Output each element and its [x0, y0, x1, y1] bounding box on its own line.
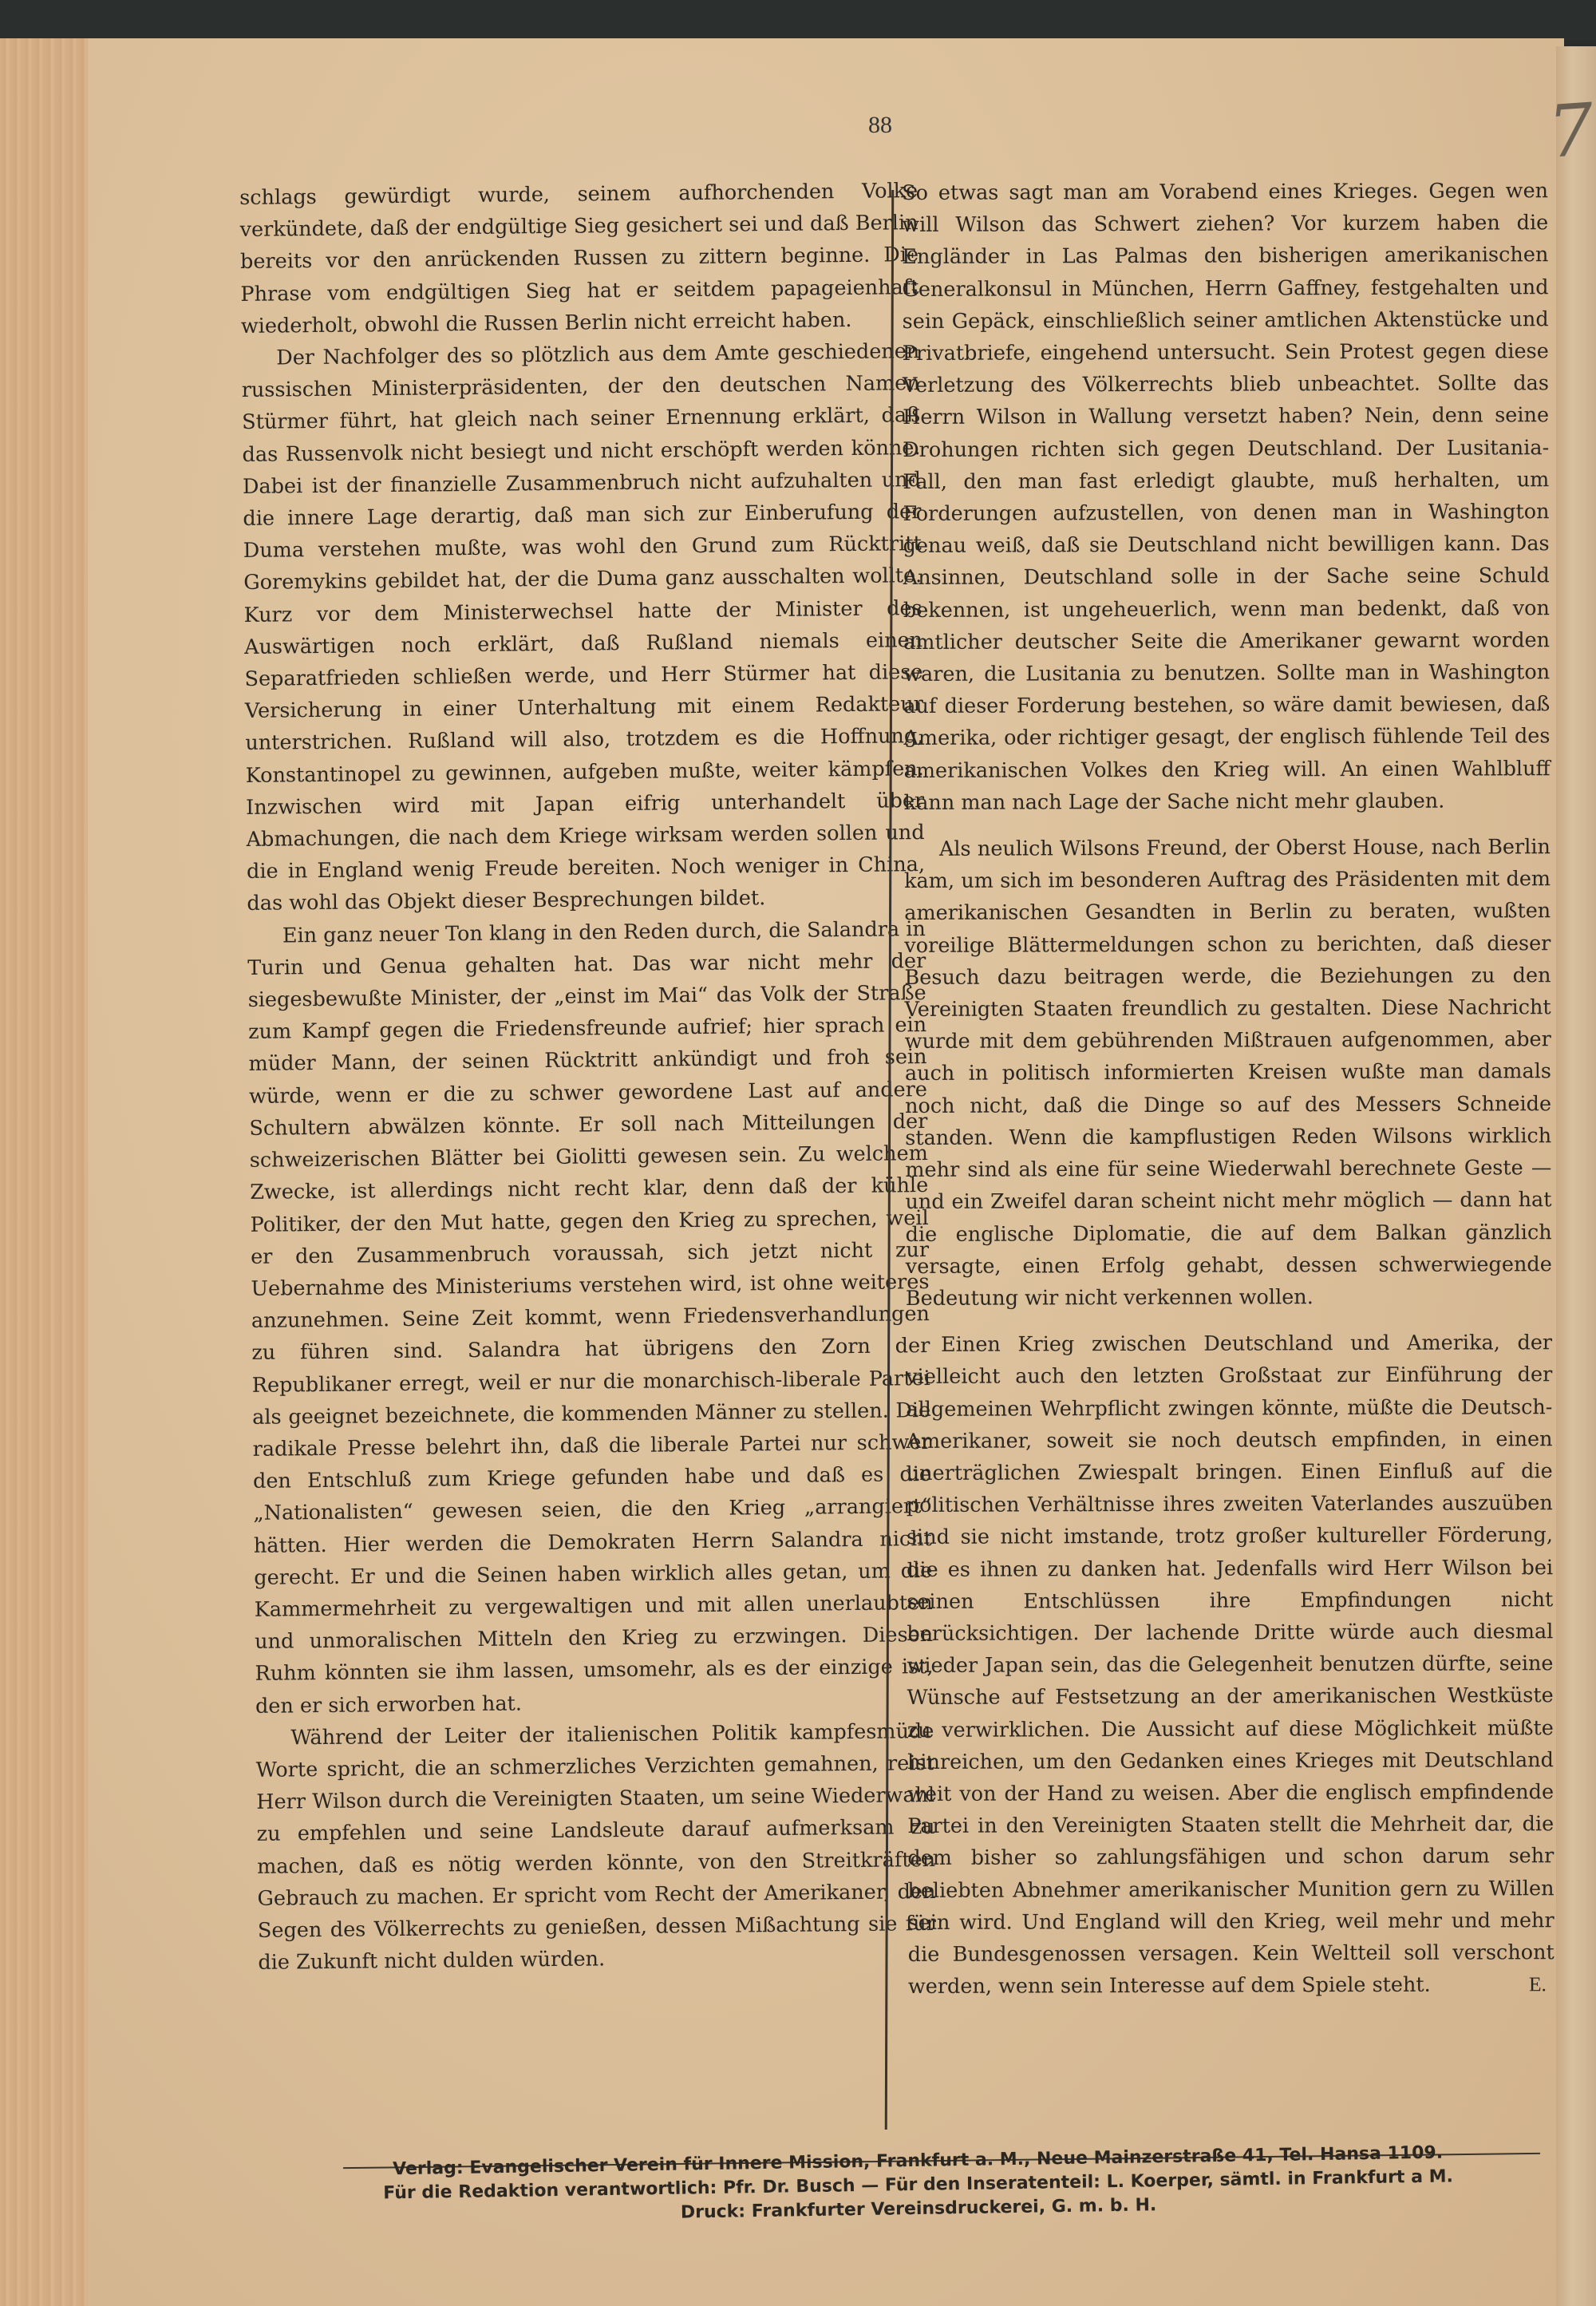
facing-page-edge [1556, 46, 1596, 2306]
page-number: 88 [868, 112, 892, 139]
book-binding [0, 0, 1596, 40]
paragraph: Als neulich Wilsons Freund, der Oberst H… [904, 831, 1552, 1315]
text-column-right: So etwas sagt man am Vorabend eines Krie… [902, 175, 1555, 2003]
text-column-left: schlags gewürdigt wurde, seinem aufhorch… [239, 175, 937, 1979]
handwritten-page-mark: 70 [1545, 85, 1596, 175]
paragraph: Ein ganz neuer Ton klang in den Reden du… [247, 913, 934, 1723]
paragraph: Einen Krieg zwischen Deutschland und Ame… [906, 1327, 1555, 2003]
paragraph: Der Nachfolger des so plötzlich aus dem … [241, 335, 926, 920]
paragraph: So etwas sagt man am Vorabend eines Krie… [902, 175, 1551, 819]
page-stack-edge [0, 38, 96, 2306]
paragraph: schlags gewürdigt wurde, seinem aufhorch… [239, 175, 919, 342]
paragraph: Während der Leiter der italienischen Pol… [255, 1715, 936, 1980]
